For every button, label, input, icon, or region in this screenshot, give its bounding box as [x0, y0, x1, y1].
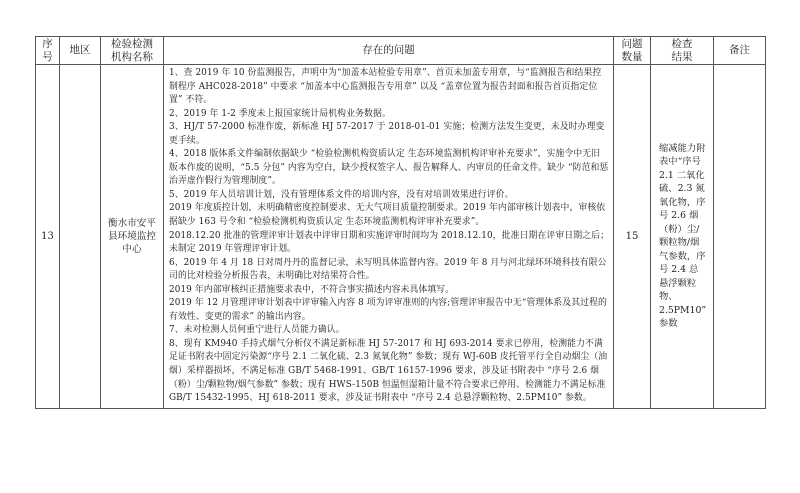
row-remark: [714, 65, 766, 409]
row-issues: 1、查 2019 年 10 份监测报告，声明中为“加盖本站检验专用章”、首页未加…: [164, 65, 614, 409]
issue-item: 2019 年内部审核纠正措施要求表中，不符合事实描述内容未具体填写。: [169, 284, 609, 298]
header-result: 检查结果: [651, 37, 714, 65]
header-region: 地区: [60, 37, 101, 65]
table-row: 13 衡水市安平县环境监控中心 1、查 2019 年 10 份监测报告，声明中为…: [36, 65, 766, 409]
header-count: 问题数量: [614, 37, 651, 65]
issue-item: 2019 年 12 月管理评审计划表中评审输入内容 8 项为评审准则的内容;管理…: [169, 297, 609, 324]
issue-item: 6、2019 年 4 月 18 日对周丹丹的监督记录，未写明具体监督内容。201…: [169, 257, 609, 284]
issue-item: 7、未对检测人员何重宁进行人员能力确认。: [169, 324, 609, 338]
issue-item: 8、现有 KM940 手持式烟气分析仪不满足新标准 HJ 57-2017 和 H…: [169, 338, 609, 406]
issue-item: 5、2019 年人员培训计划，没有管理体系文件的培训内容，没有对培训效果进行评价…: [169, 189, 609, 203]
issue-item: 4、2018 版体系文件编制依据缺少 “检验检测机构资质认定 生态环境监测机构评…: [169, 148, 609, 189]
row-no: 13: [36, 65, 60, 409]
issue-item: 2018.12.20 批准的管理评审计划表中评审日期和实施评审时间均为 2018…: [169, 230, 609, 257]
header-row: 序号 地区 检验检测机构名称 存在的问题 问题数量 检查结果 备注: [36, 37, 766, 65]
row-count: 15: [614, 65, 651, 409]
header-remark: 备注: [714, 37, 766, 65]
header-org: 检验检测机构名称: [101, 37, 164, 65]
row-region: [60, 65, 101, 409]
issue-item: 3、HJ/T 57-2000 标准作废，新标准 HJ 57-2017 于 201…: [169, 121, 609, 148]
header-no: 序号: [36, 37, 60, 65]
issue-item: 2019 年度质控计划，未明确精密度控制要求、无大气项目质量控制要求。2019 …: [169, 202, 609, 229]
issue-item: 1、查 2019 年 10 份监测报告，声明中为“加盖本站检验专用章”、首页未加…: [169, 67, 609, 108]
row-org: 衡水市安平县环境监控中心: [101, 65, 164, 409]
header-issues: 存在的问题: [164, 37, 614, 65]
row-result: 缩减能力附表中“序号 2.1 二氧化硫、2.3 氮氧化物，序号 2.6 烟（粉）…: [651, 65, 714, 409]
issue-item: 2、2019 年 1-2 季度未上报国家统计局机构业务数据。: [169, 108, 609, 122]
audit-table: 序号 地区 检验检测机构名称 存在的问题 问题数量 检查结果 备注 13 衡水市…: [35, 36, 766, 409]
